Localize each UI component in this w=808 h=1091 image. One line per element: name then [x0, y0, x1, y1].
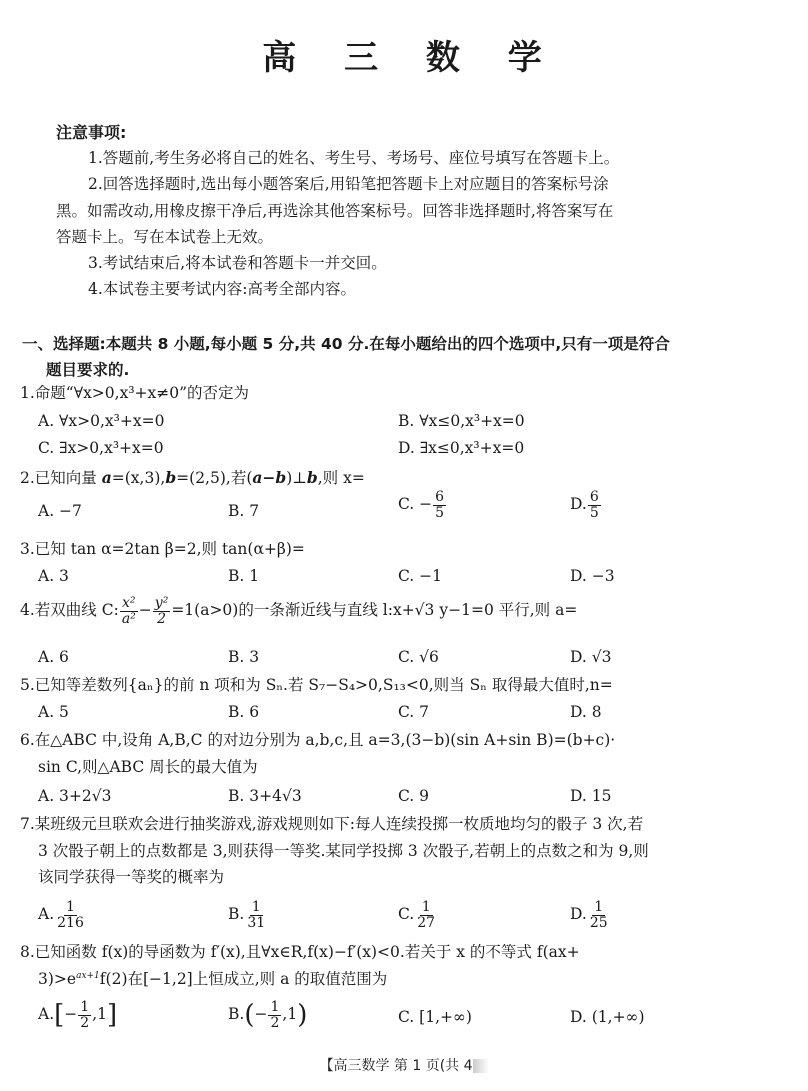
q8-option-a: A.[−12,1] [38, 1000, 117, 1030]
numerator: y² [153, 596, 171, 612]
q2-text: =(2,5),若( [176, 469, 252, 487]
page-footer: 【高三数学 第 1 页(共 4 [0, 1055, 808, 1075]
q6-option-b: B. 3+4√3 [228, 789, 302, 805]
q8-option-b: B.(−12,1) [228, 1000, 307, 1030]
q2-text: 2.已知向量 [20, 469, 102, 487]
numerator: 1 [250, 900, 263, 916]
q4-stem: 4.若双曲线 C:x²a²−y²2=1(a>0)的一条渐近线与直线 l:x+√3… [20, 596, 577, 626]
fraction: 125 [588, 900, 610, 930]
option-label: B. [228, 1005, 244, 1023]
q6-stem: 6.在△ABC 中,设角 A,B,C 的对边分别为 a,b,c,且 a=3,(3… [20, 733, 615, 749]
q2-option-d: D.65 [570, 490, 602, 520]
q2-option-b: B. 7 [228, 504, 259, 520]
numerator: 1 [592, 900, 605, 916]
notice-item-3: 3.考试结束后,将本试卷和答题卡一并交回。 [88, 256, 387, 272]
q6-option-a: A. 3+2√3 [38, 789, 112, 805]
q8-option-d: D. (1,+∞) [570, 1010, 645, 1026]
option-label: C. − [398, 495, 432, 513]
numerator: 6 [433, 490, 446, 506]
option-label: A. [38, 1005, 54, 1023]
fraction: y²2 [153, 596, 171, 626]
footer-fade [473, 1059, 489, 1073]
q5-option-b: B. 6 [228, 705, 259, 721]
fraction: 127 [415, 900, 437, 930]
fraction: 65 [588, 490, 601, 520]
q2-text: =(x,3), [112, 469, 166, 487]
q3-stem: 3.已知 tan α=2tan β=2,则 tan(α+β)= [20, 542, 305, 558]
sign: − [254, 1005, 267, 1023]
q4-option-d: D. √3 [570, 650, 611, 666]
q6-option-d: D. 15 [570, 789, 611, 805]
exponent: ax+1 [76, 971, 100, 981]
q4-option-a: A. 6 [38, 650, 69, 666]
numerator: 1 [64, 900, 77, 916]
q3-option-b: B. 1 [228, 569, 259, 585]
vector-b: b [165, 468, 176, 487]
notice-item-1: 1.答题前,考生务必将自己的姓名、考生号、考场号、座位号填写在答题卡上。 [88, 151, 619, 167]
fraction: 65 [433, 490, 446, 520]
option-label: A. [38, 905, 54, 923]
denominator: 27 [415, 916, 437, 931]
q4-option-b: B. 3 [228, 650, 259, 666]
notice-item-2-cont: 黑。如需改动,用橡皮擦干净后,再选涂其他答案标号。回答非选择题时,将答案写在 [56, 204, 613, 220]
q5-option-d: D. 8 [570, 705, 602, 721]
notice-item-4: 4.本试卷主要考试内容:高考全部内容。 [88, 282, 356, 298]
q3-option-c: C. −1 [398, 569, 442, 585]
q1-option-c: C. ∃x>0,x³+x=0 [38, 441, 164, 457]
q1-option-a: A. ∀x>0,x³+x=0 [38, 414, 164, 430]
q8-text: 3)>e [38, 970, 76, 988]
fraction: 12 [268, 1000, 281, 1030]
denominator: a² [120, 612, 138, 627]
denominator: 2 [268, 1016, 281, 1031]
numerator: 1 [78, 1000, 91, 1016]
q4-text: =1(a>0)的一条渐近线与直线 l:x+√3 y−1=0 平行,则 a= [171, 601, 577, 619]
numerator: 1 [420, 900, 433, 916]
q4-option-c: C. √6 [398, 650, 439, 666]
q6-option-c: C. 9 [398, 789, 429, 805]
denominator: 2 [155, 612, 168, 627]
q8-text: ,1 [92, 1005, 107, 1023]
q1-option-d: D. ∃x≤0,x³+x=0 [398, 441, 524, 457]
q2-option-a: A. −7 [38, 504, 82, 520]
q5-option-a: A. 5 [38, 705, 69, 721]
denominator: 31 [245, 916, 267, 931]
q1-stem: 1.命题“∀x>0,x³+x≠0”的否定为 [20, 386, 249, 402]
q2-text: )⊥ [286, 469, 307, 487]
vector-a-minus-b: a−b [252, 468, 286, 487]
numerator: 1 [268, 1000, 281, 1016]
q5-option-c: C. 7 [398, 705, 429, 721]
q8-stem-cont: 3)>eax+1f(2)在[−1,2]上恒成立,则 a 的取值范围为 [38, 972, 387, 988]
denominator: 25 [588, 916, 610, 931]
q1-option-b: B. ∀x≤0,x³+x=0 [398, 414, 525, 430]
fraction: 1216 [55, 900, 86, 930]
option-label: D. [570, 905, 587, 923]
denominator: 216 [55, 916, 86, 931]
denominator: 5 [588, 506, 601, 521]
q8-option-c: C. [1,+∞) [398, 1010, 472, 1026]
q8-text: f(2)在[−1,2]上恒成立,则 a 的取值范围为 [100, 970, 387, 988]
q7-option-d: D.125 [570, 900, 611, 930]
section-heading-cont: 题目要求的. [46, 358, 129, 380]
fraction: 131 [245, 900, 267, 930]
notice-heading: 注意事项: [56, 120, 126, 143]
bracket: ] [107, 1000, 117, 1030]
section-heading: 一、选择题:本题共 8 小题,每小题 5 分,共 40 分.在每小题给出的四个选… [22, 332, 670, 354]
page-title: 高 三 数 学 [0, 30, 808, 79]
q3-option-d: D. −3 [570, 569, 615, 585]
notice-item-2-cont2: 答题卡上。写在本试卷上无效。 [56, 230, 273, 246]
q7-stem-cont: 3 次骰子朝上的点数都是 3,则获得一等奖.某同学投掷 3 次骰子,若朝上的点数… [38, 844, 649, 860]
q6-stem-cont: sin C,则△ABC 周长的最大值为 [38, 760, 258, 776]
vector-a: a [102, 468, 112, 487]
notice-item-2: 2.回答选择题时,选出每小题答案后,用铅笔把答题卡上对应题目的答案标号涂 [88, 177, 609, 193]
q7-option-c: C.127 [398, 900, 438, 930]
vector-b: b [307, 468, 318, 487]
option-label: D. [570, 495, 587, 513]
q2-option-c: C. −65 [398, 490, 447, 520]
q2-stem: 2.已知向量 a=(x,3),b=(2,5),若(a−b)⊥b,则 x= [20, 470, 365, 487]
fraction: x²a² [120, 596, 138, 626]
option-label: B. [228, 905, 244, 923]
q7-stem: 7.某班级元旦联欢会进行抽奖游戏,游戏规则如下:每人连续投掷一枚质地均匀的骰子 … [20, 817, 643, 833]
bracket: [ [54, 1000, 64, 1030]
q8-text: ,1 [282, 1005, 297, 1023]
q5-stem: 5.已知等差数列{aₙ}的前 n 项和为 Sₙ.若 S₇−S₄>0,S₁₃<0,… [20, 678, 613, 694]
bracket: ) [297, 1000, 307, 1030]
q4-text: 4.若双曲线 C: [20, 601, 119, 619]
q4-text: − [139, 601, 152, 619]
q2-text: ,则 x= [318, 469, 365, 487]
denominator: 5 [433, 506, 446, 521]
option-label: C. [398, 905, 414, 923]
numerator: 6 [588, 490, 601, 506]
q3-option-a: A. 3 [38, 569, 69, 585]
fraction: 12 [78, 1000, 91, 1030]
footer-text: 【高三数学 第 1 页(共 4 [319, 1058, 472, 1074]
bracket: ( [244, 1000, 254, 1030]
q7-stem-cont2: 该同学获得一等奖的概率为 [38, 870, 224, 886]
numerator: x² [120, 596, 138, 612]
denominator: 2 [78, 1016, 91, 1031]
q7-option-b: B.131 [228, 900, 268, 930]
q8-stem: 8.已知函数 f(x)的导函数为 f′(x),且∀x∈R,f(x)−f′(x)<… [20, 945, 580, 961]
sign: − [64, 1005, 77, 1023]
q7-option-a: A.1216 [38, 900, 87, 930]
